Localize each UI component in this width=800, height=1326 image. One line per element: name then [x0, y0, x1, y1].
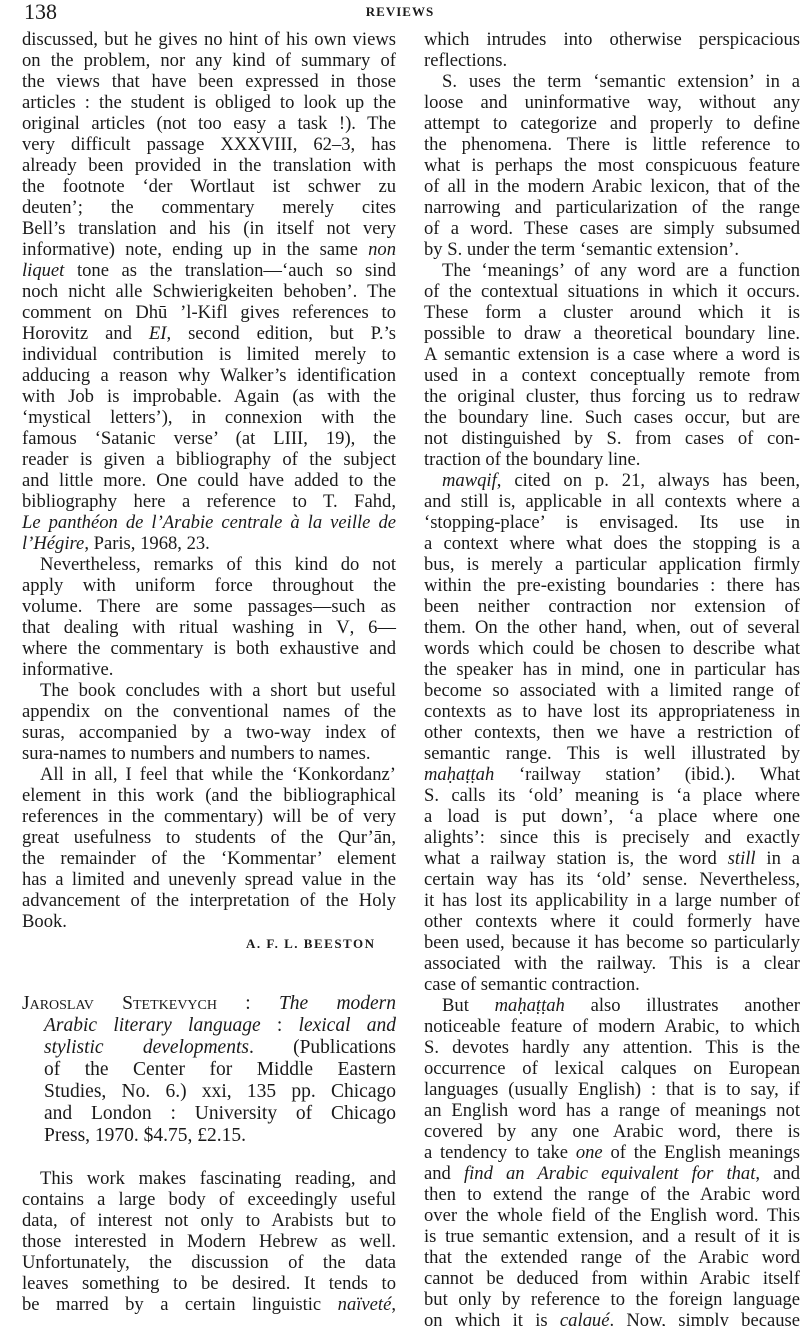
body-text-line: languages (usually English) : that is to…: [424, 1079, 800, 1100]
body-text-line: Horovitz and EI, second edition, but P.’…: [22, 323, 396, 344]
body-text-line: sura-names to numbers and numbers to nam…: [22, 743, 396, 764]
body-text-line: them. On the other hand, when, out of se…: [424, 617, 800, 638]
body-text-line: Le panthéon de l’Arabie centrale à la ve…: [22, 512, 396, 533]
body-text-line: where the commentary is both exhaustive …: [22, 638, 396, 659]
italic-text: naïveté: [338, 1294, 392, 1315]
body-text-line: that the extended range of the Arabic wo…: [424, 1247, 800, 1268]
body-text-line: apply with uniform force throughout the: [22, 575, 396, 596]
body-text-line: certain way has its ‘old’ sense. Neverth…: [424, 869, 800, 890]
review-heading-line: Press, 1970. $4.75, £2.15.: [22, 1125, 396, 1146]
body-text-line: contexts as to have lost its appropriate…: [424, 701, 800, 722]
body-text-line: maḥaṭṭah ‘railway station’ (ibid.). What: [424, 764, 800, 785]
body-text-line: S. calls its ‘old’ meaning is ‘a place w…: [424, 785, 800, 806]
body-text-line: traction of the boundary line.: [424, 449, 800, 470]
body-text-line: bibliography here a reference to T. Fahd…: [22, 491, 396, 512]
review-body-line: contains a large body of exceedingly use…: [22, 1189, 396, 1210]
small-caps-text: Jaroslav Stetkevych: [22, 993, 217, 1014]
italic-text: maḥaṭṭah: [424, 764, 494, 785]
body-text-line: attempt to categorize and properly to de…: [424, 113, 800, 134]
body-text-line: the speaker has in mind, one in particul…: [424, 659, 800, 680]
body-text-line: appendix on the conventional names of th…: [22, 701, 396, 722]
body-text-line: a context where what does the stopping i…: [424, 533, 800, 554]
body-text-line: which intrudes into otherwise perspicaci…: [424, 29, 800, 50]
body-text-line: over the whole field of the English word…: [424, 1205, 800, 1226]
body-text-line: of the contextual situations in which it…: [424, 281, 800, 302]
body-text-line: volume. There are some passages—such as: [22, 596, 396, 617]
italic-text: stylistic developments: [44, 1037, 249, 1058]
review-heading-line: stylistic developments. (Publications: [22, 1037, 396, 1058]
body-text-line: not distinguished by S. from cases of co…: [424, 428, 800, 449]
body-text-line: associated with the railway. This is a c…: [424, 953, 800, 974]
italic-text: Le panthéon de l’Arabie centrale à la ve…: [22, 512, 396, 533]
body-text-line: reflections.: [424, 50, 800, 71]
body-text-line: the phenomena. There is little reference…: [424, 134, 800, 155]
italic-text: calqué: [560, 1310, 610, 1326]
italic-text: mawqif: [442, 470, 497, 491]
italic-text: lexical and: [299, 1015, 396, 1036]
body-text-line: what is perhaps the most conspicuous fea…: [424, 155, 800, 176]
body-text-line: within the pre-existing boundaries : the…: [424, 575, 800, 596]
body-text-line: Book.: [22, 911, 396, 932]
body-text-line: the remainder of the ‘Kommentar’ element: [22, 848, 396, 869]
body-text-line: articles : the student is obliged to loo…: [22, 92, 396, 113]
section-title: REVIEWS: [0, 4, 800, 20]
body-text-line: words which could be chosen to describe …: [424, 638, 800, 659]
body-text-line: been used, because it has become so part…: [424, 932, 800, 953]
body-text-line: what a railway station is, the word stil…: [424, 848, 800, 869]
italic-text: l’Hégire: [22, 533, 84, 554]
body-text-line: an English word has a range of meanings …: [424, 1100, 800, 1121]
body-text-line: liquet tone as the translation—‘auch so …: [22, 260, 396, 281]
body-text-line: very difficult passage XXXVIII, 62–3, ha…: [22, 134, 396, 155]
review-body-line: This work makes fascinating reading, and: [22, 1168, 396, 1189]
body-text-line: the footnote ‘der Wortlaut ist schwer zu: [22, 176, 396, 197]
review-body-line: data, of interest not only to Arabists b…: [22, 1210, 396, 1231]
body-text-line: of all in the modern Arabic lexicon, tha…: [424, 176, 800, 197]
body-text-line: references in the commentary) will be of…: [22, 806, 396, 827]
review-body-line: Unfortunately, the discussion of the dat…: [22, 1252, 396, 1273]
body-text-line: and find an Arabic equivalent for that, …: [424, 1163, 800, 1184]
body-text-line: the views that have been expressed in th…: [22, 71, 396, 92]
body-text-line: All in all, I feel that while the ‘Konko…: [22, 764, 396, 785]
body-text-line: occurrence of lexical calques on Europea…: [424, 1058, 800, 1079]
body-text-line: ‘stopping-place’ is envisaged. Its use i…: [424, 512, 800, 533]
body-text-line: noticeable feature of modern Arabic, to …: [424, 1016, 800, 1037]
body-text-line: other contexts, then we have a restricti…: [424, 722, 800, 743]
italic-text: EI: [149, 323, 167, 344]
body-text-line: and little more. One could have added to…: [22, 470, 396, 491]
body-text-line: a tendency to take one of the English me…: [424, 1142, 800, 1163]
body-text-line: covered by any one Arabic word, there is: [424, 1121, 800, 1142]
body-text-line: deuten’; the commentary merely cites: [22, 197, 396, 218]
body-text-line: on which it is calqué. Now, simply becau…: [424, 1310, 800, 1326]
body-text-line: other contexts where it could formerly h…: [424, 911, 800, 932]
review-heading-line: Arabic literary language : lexical and: [22, 1015, 396, 1036]
body-text-line: semantic range. This is well illustrated…: [424, 743, 800, 764]
italic-text: still: [728, 848, 756, 869]
body-text-line: that dealing with ritual washing in V, 6…: [22, 617, 396, 638]
body-text-line: The book concludes with a short but usef…: [22, 680, 396, 701]
body-text-line: advancement of the interpretation of the…: [22, 890, 396, 911]
body-text-line: noch nicht alle Schwierigkeiten behoben’…: [22, 281, 396, 302]
small-caps-text: V: [336, 617, 349, 638]
body-text-line: of a word. These cases are simply subsum…: [424, 218, 800, 239]
body-text-line: l’Hégire, Paris, 1968, 23.: [22, 533, 396, 554]
body-text-line: mawqif, cited on p. 21, always has been,: [424, 470, 800, 491]
body-text-line: reader is given a bibliography of the su…: [22, 449, 396, 470]
body-text-line: possible to draw a theoretical boundary …: [424, 323, 800, 344]
body-text-line: narrowing and particularization of the r…: [424, 197, 800, 218]
body-text-line: and still is, applicable in all contexts…: [424, 491, 800, 512]
body-text-line: is true semantic extension, and a result…: [424, 1226, 800, 1247]
body-text-line: alights’: since this is precisely and ex…: [424, 827, 800, 848]
body-text-line: A semantic extension is a case where a w…: [424, 344, 800, 365]
body-text-line: with Job is improbable. Again (as with t…: [22, 386, 396, 407]
italic-text: non: [368, 239, 396, 260]
body-text-line: informative.: [22, 659, 396, 680]
review-body-line: those interested in Modern Hebrew as wel…: [22, 1231, 396, 1252]
review-heading-line: Jaroslav Stetkevych : The modern: [22, 993, 396, 1014]
body-text-line: by S. under the term ‘semantic extension…: [424, 239, 800, 260]
body-text-line: then to extend the range of the Arabic w…: [424, 1184, 800, 1205]
body-text-line: great usefulness to students of the Qur’…: [22, 827, 396, 848]
review-body-line: leaves something to be desired. It tends…: [22, 1273, 396, 1294]
italic-text: The modern: [279, 993, 396, 1014]
body-text-line: The ‘meanings’ of any word are a functio…: [424, 260, 800, 281]
body-text-line: cannot be deduced from within Arabic its…: [424, 1268, 800, 1289]
italic-text: maḥaṭṭah: [495, 995, 565, 1016]
body-text-line: S. uses the term ‘semantic extension’ in…: [424, 71, 800, 92]
body-text-line: become so associated with a limited rang…: [424, 680, 800, 701]
body-text-line: discussed, but he gives no hint of his o…: [22, 29, 396, 50]
small-caps-text: XXXVIII: [220, 134, 292, 155]
body-text-line: a load is put down’, ‘a place where one: [424, 806, 800, 827]
italic-text: liquet: [22, 260, 64, 281]
italic-text: Arabic literary language: [44, 1015, 261, 1036]
small-caps-text: LIII: [273, 428, 303, 449]
body-text-line: case of semantic contraction.: [424, 974, 800, 995]
body-text-line: comment on Dhū ’l-Kifl gives references …: [22, 302, 396, 323]
body-text-line: famous ‘Satanic verse’ (at LIII, 19), th…: [22, 428, 396, 449]
body-text-line: on the problem, nor any kind of summary …: [22, 50, 396, 71]
body-text-line: already been provided in the translation…: [22, 155, 396, 176]
body-text-line: individual contribution is limited merel…: [22, 344, 396, 365]
body-text-line: element in this work (and the bibliograp…: [22, 785, 396, 806]
body-text-line: the boundary line. Such cases occur, but…: [424, 407, 800, 428]
body-text-line: but only by reference to the foreign lan…: [424, 1289, 800, 1310]
italic-text: one: [576, 1142, 603, 1163]
review-heading-line: and London : University of Chicago: [22, 1103, 396, 1124]
body-text-line: These form a cluster around which it is: [424, 302, 800, 323]
review-body-line: be marred by a certain linguistic naïvet…: [22, 1294, 396, 1315]
body-text-line: Nevertheless, remarks of this kind do no…: [22, 554, 396, 575]
body-text-line: used in a context conceptually remote fr…: [424, 365, 800, 386]
body-text-line: been neither contraction nor extension o…: [424, 596, 800, 617]
body-text-line: But maḥaṭṭah also illustrates another: [424, 995, 800, 1016]
body-text-line: loose and uninformative way, without any: [424, 92, 800, 113]
body-text-line: S. devotes hardly any attention. This is…: [424, 1037, 800, 1058]
body-text-line: original articles (not too easy a task !…: [22, 113, 396, 134]
italic-text: find an Arabic equivalent for that: [464, 1163, 755, 1184]
body-text-line: adducing a reason why Walker’s identific…: [22, 365, 396, 386]
body-text-line: informative) note, ending up in the same…: [22, 239, 396, 260]
reviewer-signature: A. F. L. BEESTON: [246, 936, 376, 952]
body-text-line: Bell’s translation and his (in itself no…: [22, 218, 396, 239]
review-heading-line: of the Center for Middle Eastern: [22, 1059, 396, 1080]
body-text-line: bus, is merely a particular application …: [424, 554, 800, 575]
running-head: 138 REVIEWS: [0, 0, 800, 30]
body-text-line: ‘mystical letters’), in connexion with t…: [22, 407, 396, 428]
body-text-line: has a limited and unevenly spread value …: [22, 869, 396, 890]
body-text-line: it has lost its applicability in a large…: [424, 890, 800, 911]
body-text-line: suras, accompanied by a two-way index of: [22, 722, 396, 743]
review-heading-line: Studies, No. 6.) xxi, 135 pp. Chicago: [22, 1081, 396, 1102]
body-text-line: the original cluster, thus forcing us to…: [424, 386, 800, 407]
